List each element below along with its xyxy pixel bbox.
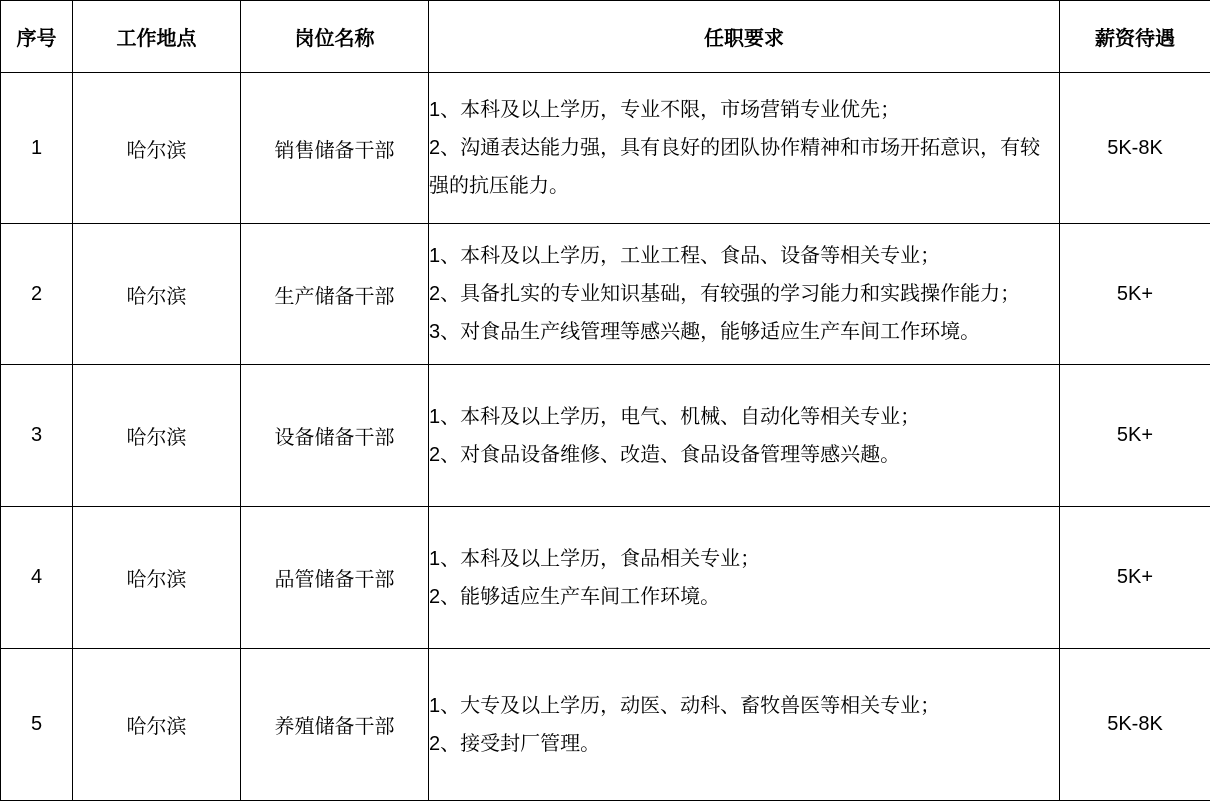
requirements-cell: 1、本科及以上学历，电气、机械、自动化等相关专业； 2、对食品设备维修、改造、食… — [429, 365, 1060, 507]
location-cell: 哈尔滨 — [73, 224, 241, 365]
requirement-line: 2、具备扎实的专业知识基础，有较强的学习能力和实践操作能力； — [429, 275, 1059, 313]
header-job-requirements: 任职要求 — [429, 1, 1060, 73]
salary-cell: 5K+ — [1060, 224, 1210, 365]
serial-number-cell: 3 — [1, 365, 73, 507]
location-cell: 哈尔滨 — [73, 507, 241, 649]
position-cell: 生产储备干部 — [241, 224, 429, 365]
requirements-cell: 1、大专及以上学历，动医、动科、畜牧兽医等相关专业； 2、接受封厂管理。 — [429, 649, 1060, 801]
position-cell: 销售储备干部 — [241, 73, 429, 224]
serial-number-cell: 2 — [1, 224, 73, 365]
table-row: 2 哈尔滨 生产储备干部 1、本科及以上学历，工业工程、食品、设备等相关专业； … — [1, 224, 1210, 365]
requirements-cell: 1、本科及以上学历，食品相关专业； 2、能够适应生产车间工作环境。 — [429, 507, 1060, 649]
job-positions-table: 序号 工作地点 岗位名称 任职要求 薪资待遇 1 哈尔滨 销售储备干部 1、本科… — [0, 0, 1210, 801]
header-salary: 薪资待遇 — [1060, 1, 1210, 73]
table-row: 3 哈尔滨 设备储备干部 1、本科及以上学历，电气、机械、自动化等相关专业； 2… — [1, 365, 1210, 507]
requirement-line: 2、能够适应生产车间工作环境。 — [429, 578, 1059, 616]
requirement-line: 1、本科及以上学历，工业工程、食品、设备等相关专业； — [429, 237, 1059, 275]
requirement-line: 2、接受封厂管理。 — [429, 725, 1059, 763]
location-cell: 哈尔滨 — [73, 365, 241, 507]
location-cell: 哈尔滨 — [73, 649, 241, 801]
serial-number-cell: 5 — [1, 649, 73, 801]
requirement-line: 1、本科及以上学历，电气、机械、自动化等相关专业； — [429, 398, 1059, 436]
requirement-line: 1、大专及以上学历，动医、动科、畜牧兽医等相关专业； — [429, 687, 1059, 725]
header-row: 序号 工作地点 岗位名称 任职要求 薪资待遇 — [1, 1, 1210, 73]
position-cell: 养殖储备干部 — [241, 649, 429, 801]
table-row: 5 哈尔滨 养殖储备干部 1、大专及以上学历，动医、动科、畜牧兽医等相关专业； … — [1, 649, 1210, 801]
position-cell: 品管储备干部 — [241, 507, 429, 649]
requirement-line: 1、本科及以上学历，食品相关专业； — [429, 540, 1059, 578]
salary-cell: 5K+ — [1060, 507, 1210, 649]
table-row: 4 哈尔滨 品管储备干部 1、本科及以上学历，食品相关专业； 2、能够适应生产车… — [1, 507, 1210, 649]
salary-cell: 5K+ — [1060, 365, 1210, 507]
requirement-line: 3、对食品生产线管理等感兴趣，能够适应生产车间工作环境。 — [429, 313, 1059, 351]
position-cell: 设备储备干部 — [241, 365, 429, 507]
salary-cell: 5K-8K — [1060, 649, 1210, 801]
location-cell: 哈尔滨 — [73, 73, 241, 224]
table-row: 1 哈尔滨 销售储备干部 1、本科及以上学历，专业不限，市场营销专业优先； 2、… — [1, 73, 1210, 224]
requirement-line: 2、对食品设备维修、改造、食品设备管理等感兴趣。 — [429, 436, 1059, 474]
serial-number-cell: 1 — [1, 73, 73, 224]
header-work-location: 工作地点 — [73, 1, 241, 73]
serial-number-cell: 4 — [1, 507, 73, 649]
requirement-line: 2、沟通表达能力强，具有良好的团队协作精神和市场开拓意识，有较强的抗压能力。 — [429, 129, 1059, 205]
header-position-name: 岗位名称 — [241, 1, 429, 73]
requirement-line: 1、本科及以上学历，专业不限，市场营销专业优先； — [429, 91, 1059, 129]
header-serial-number: 序号 — [1, 1, 73, 73]
requirements-cell: 1、本科及以上学历，专业不限，市场营销专业优先； 2、沟通表达能力强，具有良好的… — [429, 73, 1060, 224]
requirements-cell: 1、本科及以上学历，工业工程、食品、设备等相关专业； 2、具备扎实的专业知识基础… — [429, 224, 1060, 365]
salary-cell: 5K-8K — [1060, 73, 1210, 224]
